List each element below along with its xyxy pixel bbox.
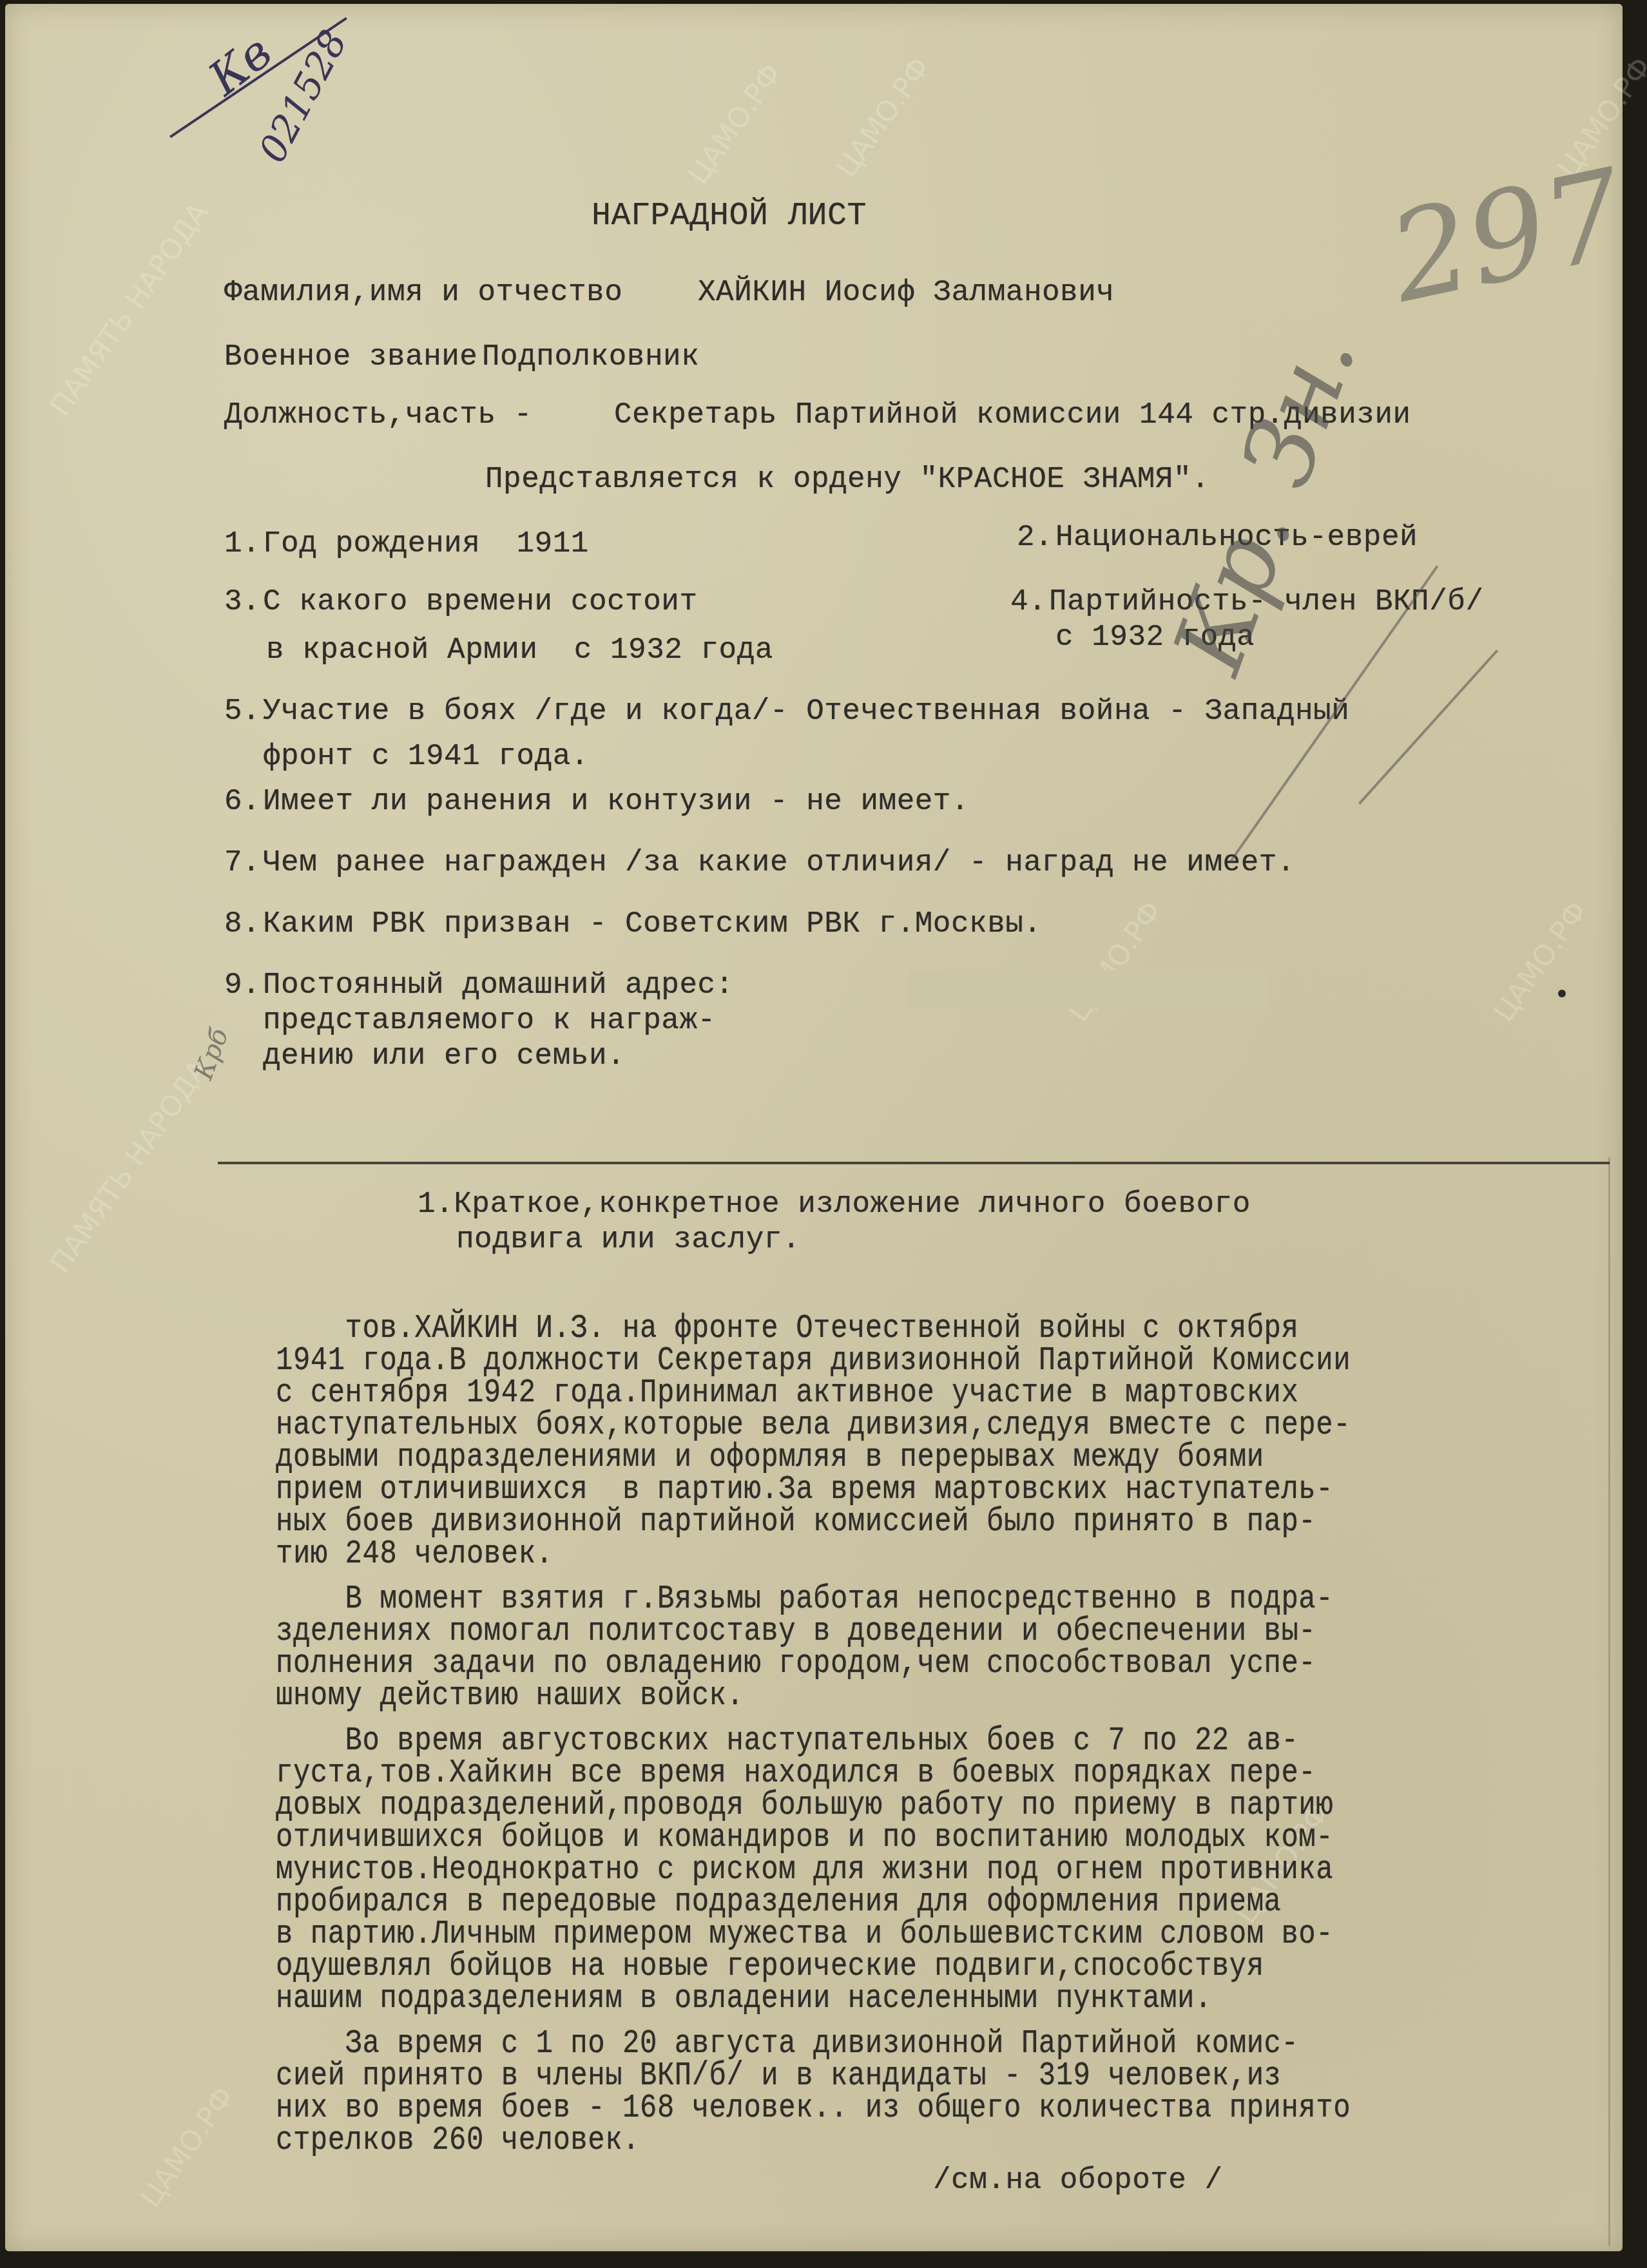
section-separator: [218, 1162, 1610, 1164]
item-battles: Участие в боях /где и когда/- Отечествен…: [263, 697, 1349, 726]
item-wounds-num: 6.: [224, 787, 260, 816]
archive-number-prefix: Кв: [198, 24, 282, 106]
paper-fold-line: [1608, 1157, 1610, 2246]
narrative-line: стрелков 260 человек.: [276, 2124, 640, 2157]
pencil-resolution-note: Кр. Зн.: [1152, 317, 1378, 687]
narrative-line: сией принято в члены ВКП/б/ и в кандидат…: [276, 2059, 1281, 2093]
full-name-value: ХАЙКИН Иосиф Залманович: [698, 278, 1114, 307]
narrative-line: мунистов.Неоднократно с риском для жизни…: [276, 1853, 1333, 1887]
narrative-line: густа,тов.Хайкин все время находился в б…: [276, 1756, 1316, 1790]
narrative-line: наступательных боях,которые вела дивизия…: [276, 1408, 1351, 1442]
watermark-pamyat-naroda: ПАМЯТЬ НАРОДА: [44, 1053, 215, 1279]
full-name-label: Фамилия,имя и отчество: [224, 278, 622, 307]
item-conscription-num: 8.: [224, 909, 260, 939]
address-end-dot: [1558, 990, 1566, 997]
narrative-line: нашим подразделениям в овладении населен…: [276, 1982, 1212, 2015]
rank-value: Подполковник: [482, 342, 699, 372]
address-redaction: [907, 970, 1268, 1009]
item-address-line3: дению или его семьи.: [263, 1041, 625, 1071]
item-wounds: Имеет ли ранения и контузии - не имеет.: [263, 787, 969, 816]
item-prior-awards-num: 7.: [224, 848, 260, 878]
narrative-line: в партию.Личным примером мужества и боль…: [276, 1917, 1333, 1951]
item-address-num: 9.: [224, 970, 260, 1000]
item-address-line2: представляемого к награж-: [263, 1006, 716, 1035]
narrative-line: прием отличившихся в партию.За время мар…: [276, 1473, 1333, 1506]
narrative-line: За время с 1 по 20 августа дивизионной П…: [276, 2027, 1298, 2061]
watermark-tsamo: ЦАМО.РФ: [134, 2081, 240, 2214]
nomination-line: Представляется к ордену "КРАСНОЕ ЗНАМЯ".: [485, 465, 1209, 494]
watermark-tsamo: ЦАМО.РФ: [830, 52, 936, 184]
item-birth-year-num: 1.: [224, 529, 260, 559]
narrative-line: 1941 года.В должности Секретаря дивизион…: [276, 1344, 1351, 1378]
narrative-line: ных боев дивизионной партийной комиссией…: [276, 1505, 1316, 1539]
item-birth-year: Год рождения 1911: [263, 529, 589, 559]
margin-note: Крб: [189, 1024, 235, 1084]
rank-label: Военное звание: [224, 342, 477, 372]
narrative-line: шному действию наших войск.: [276, 1679, 744, 1713]
award-sheet-page: ПАМЯТЬ НАРОДА ПАМЯТЬ НАРОДА ЦАМО.РФ ЦАМО…: [5, 4, 1623, 2251]
position-label: Должность,часть -: [224, 400, 532, 430]
narrative-line: пробирался в передовые подразделения для…: [276, 1885, 1281, 1919]
narrative-line: довых подразделений,проводя большую рабо…: [276, 1789, 1333, 1822]
narrative-line: зделениях помогал политсоставу в доведен…: [276, 1615, 1316, 1648]
narrative-line: одушевлял бойцов на новые героические по…: [276, 1950, 1264, 1983]
watermark-tsamo: ЦАМО.РФ: [1487, 896, 1594, 1028]
narrative-line: отличившихся бойцов и командиров и по во…: [276, 1821, 1333, 1854]
watermark-pamyat-naroda: ПАМЯТЬ НАРОДА: [44, 197, 215, 422]
narrative-line: В момент взятия г.Вязьмы работая непосре…: [276, 1582, 1333, 1616]
item-battles-num: 5.: [224, 697, 260, 726]
item-battles-line2: фронт с 1941 года.: [263, 742, 589, 771]
item-conscription: Каким РВК призван - Советским РВК г.Моск…: [263, 909, 1042, 939]
item-nationality-num: 2.: [1017, 523, 1053, 552]
document-title: НАГРАДНОЙ ЛИСТ: [592, 200, 867, 233]
see-reverse-note: /см.на обороте /: [933, 2166, 1223, 2195]
narrative-line: с сентября 1942 года.Принимал активное у…: [276, 1376, 1298, 1410]
item-service-since: С какого времени состоит: [263, 587, 698, 617]
item-address-label: Постоянный домашний адрес:: [263, 970, 734, 1000]
section-heading-line2: подвига или заслуг.: [456, 1225, 800, 1254]
watermark-tsamo: ЦАМО.РФ: [682, 58, 788, 191]
narrative-line: Во время августовских наступательных бое…: [276, 1724, 1298, 1758]
narrative-line: них во время боев - 168 человек.. из общ…: [276, 2091, 1351, 2125]
item-prior-awards: Чем ранее награжден /за какие отличия/ -…: [263, 848, 1295, 878]
narrative-line: тов.ХАЙКИН И.З. на фронте Отечественной …: [276, 1312, 1298, 1345]
pencil-stroke: [1358, 649, 1498, 804]
item-service-since-num: 3.: [224, 587, 260, 617]
item-service-since-line2: в красной Армии с 1932 года: [266, 635, 773, 665]
narrative-line: полнения задачи по овладению городом,чем…: [276, 1647, 1316, 1680]
section-heading-line1: 1.Краткое,конкретное изложение личного б…: [418, 1189, 1251, 1219]
item-party-num: 4.: [1010, 587, 1046, 617]
narrative-line: тию 248 человек.: [276, 1537, 553, 1571]
page-number-pencil: 297: [1378, 142, 1637, 331]
narrative-line: довыми подразделениями и оформляя в пере…: [276, 1441, 1264, 1474]
archive-number: 021528: [250, 23, 356, 169]
